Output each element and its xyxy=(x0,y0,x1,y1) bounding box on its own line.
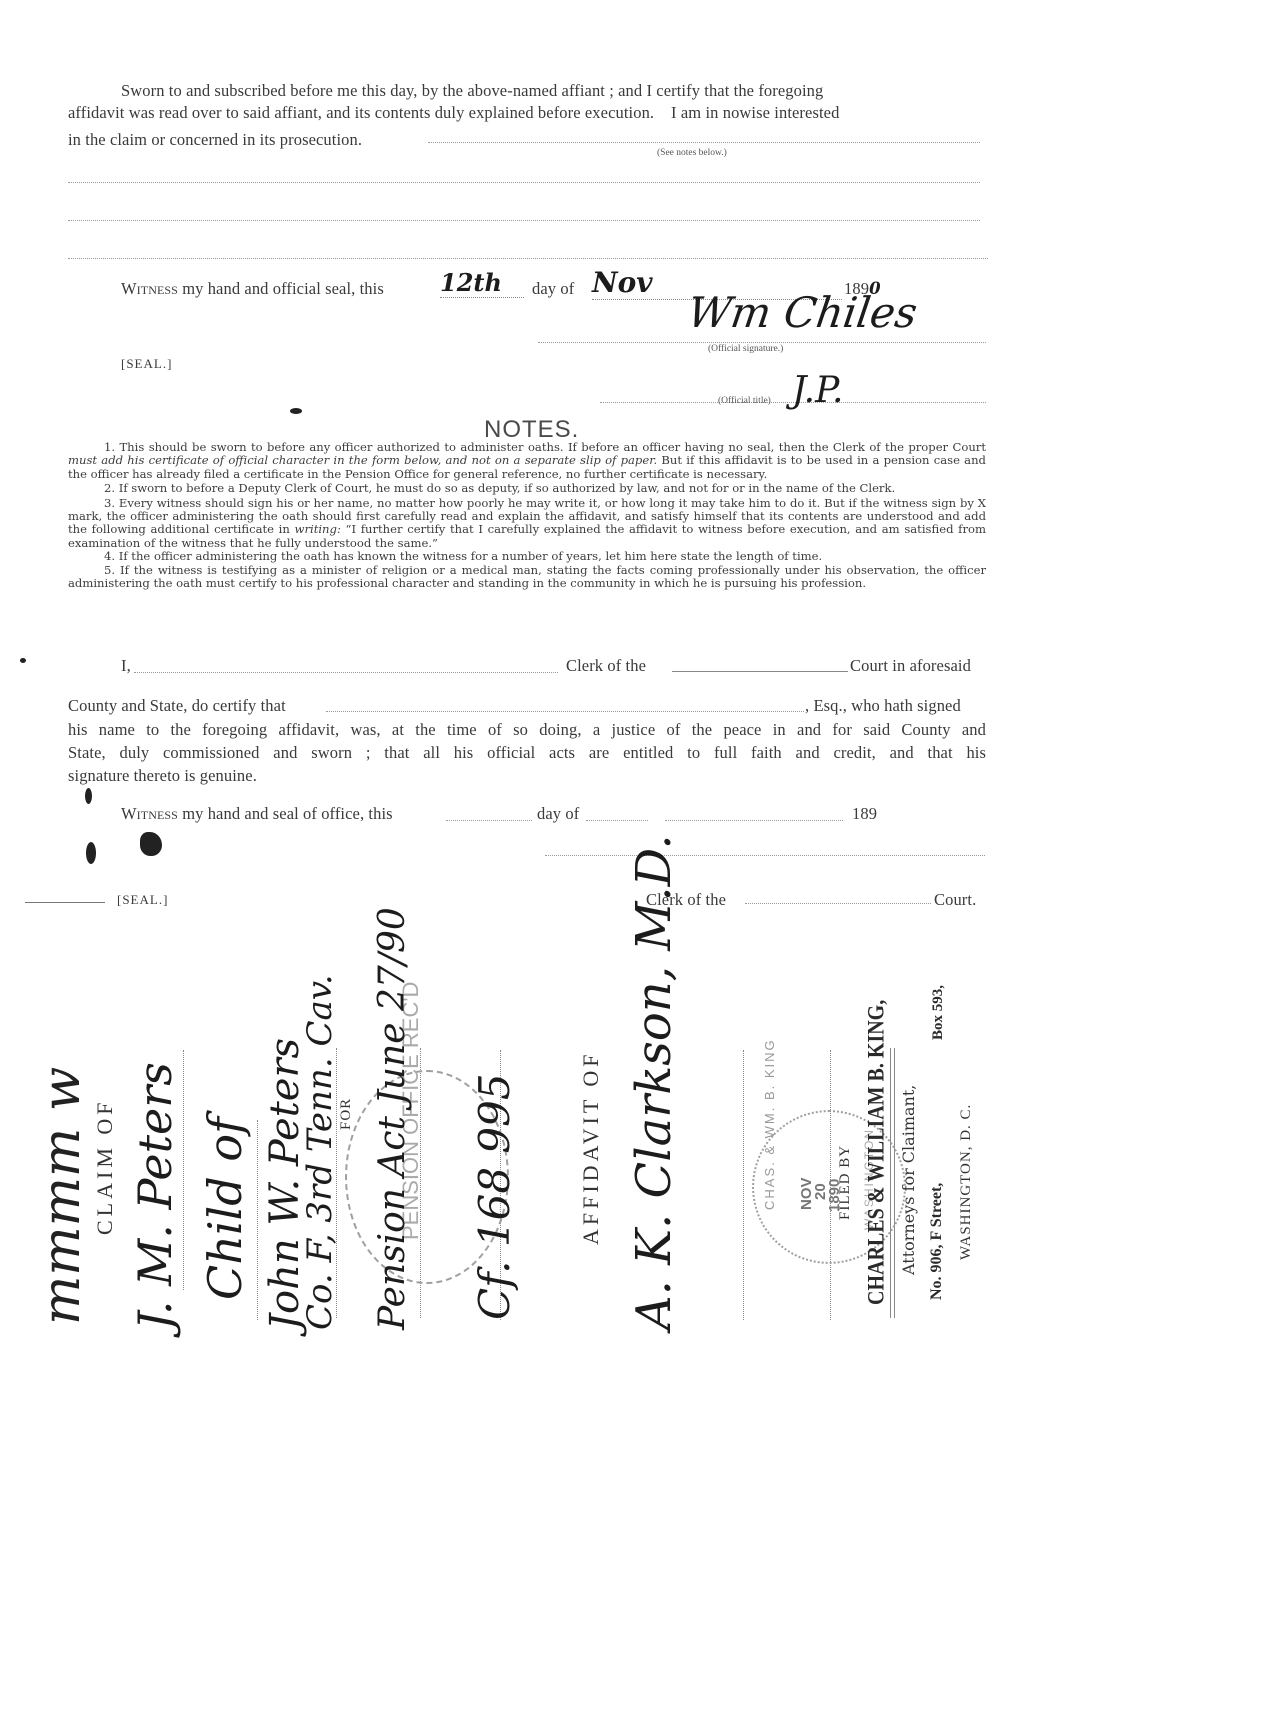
firm-box: Box 593, xyxy=(930,985,947,1040)
ink-blot xyxy=(85,788,92,804)
justice-name-field[interactable] xyxy=(326,711,804,712)
note-text: If sworn to before a Deputy Clerk of Cou… xyxy=(119,481,895,495)
relation: Child of xyxy=(198,1117,252,1300)
ink-blot xyxy=(20,658,26,663)
court-name-field[interactable] xyxy=(672,671,848,672)
jurat-signature-line xyxy=(428,142,980,143)
witness-text: my hand and official seal, this xyxy=(182,279,384,298)
unit: Co. F, 3rd Tenn. Cav. xyxy=(300,974,340,1330)
ink-blot xyxy=(290,408,302,414)
esq-label: , Esq., who hath signed xyxy=(805,692,961,719)
clerk-court-field[interactable] xyxy=(745,903,931,904)
note-item: 4. If the officer administering the oath… xyxy=(68,550,986,563)
note-item: 3. Every witness should sign his or her … xyxy=(68,497,986,551)
firm-address: No. 906, F Street, xyxy=(928,1183,946,1300)
notes-list: 1. This should be sworn to before any of… xyxy=(68,441,986,590)
note-item: 5. If the witness is testifying as a min… xyxy=(68,564,986,591)
witness-text: my hand and seal of office, this xyxy=(182,804,392,823)
clerk-of-the-label: Clerk of the xyxy=(566,652,646,679)
seal-label: [SEAL.] xyxy=(121,350,172,377)
day-of-label: day of xyxy=(532,275,574,302)
blank-line-1 xyxy=(68,182,980,183)
witness-official-line: Witness my hand and official seal, this xyxy=(121,275,384,302)
docket-guide xyxy=(743,1050,744,1320)
affiant-name: A. K. Clarkson, M.D. xyxy=(626,834,682,1330)
for-label: FOR xyxy=(338,1098,355,1130)
official-title-value: J.P. xyxy=(792,370,843,411)
note-text-italic: writing: xyxy=(295,522,341,536)
note-number: 5. xyxy=(104,563,115,577)
see-notes-caption: (See notes below.) xyxy=(657,148,727,158)
claimant-name: J. M. Peters xyxy=(128,1062,182,1330)
claim-number: Cf. 168 995 xyxy=(470,1073,519,1320)
claim-type: Pension Act June 27/90 xyxy=(372,907,413,1330)
note-text: If the officer administering the oath ha… xyxy=(119,549,822,563)
filed-by-label: FILED BY xyxy=(837,1145,854,1220)
clerk-month-field-2[interactable] xyxy=(665,820,843,821)
jurat-line-2: affidavit was read over to said affiant,… xyxy=(68,99,988,126)
ink-blot xyxy=(140,832,162,856)
margin-scrawl: mmmm w xyxy=(32,1067,92,1325)
attorneys-label: Attorneys for Claimant, xyxy=(899,1085,918,1275)
note-item: 2. If sworn to before a Deputy Clerk of … xyxy=(68,482,986,495)
witness-word: Witness xyxy=(121,279,178,298)
clerk-line-5: signature thereto is genuine. xyxy=(68,762,257,789)
note-number: 1. xyxy=(104,440,115,454)
official-signature-caption: (Official signature.) xyxy=(708,344,783,354)
note-number: 2. xyxy=(104,481,115,495)
jurat-line-3: in the claim or concerned in its prosecu… xyxy=(68,126,362,153)
affidavit-of-label: AFFIDAVIT OF xyxy=(578,1050,604,1245)
clerk-name-field[interactable] xyxy=(134,672,558,673)
official-signature-line xyxy=(538,342,986,343)
clerk-i-label: I, xyxy=(121,652,131,679)
clerk-day-of-label: day of xyxy=(537,800,579,827)
firm-city: WASHINGTON, D. C. xyxy=(958,1104,975,1260)
clerk-witness-line: Witness my hand and seal of office, this xyxy=(121,800,393,827)
note-text: This should be sworn to before any offic… xyxy=(119,440,986,454)
court-label: Court. xyxy=(934,886,976,913)
court-in-aforesaid-label: Court in aforesaid xyxy=(850,652,971,679)
ink-blot xyxy=(86,842,96,864)
firm-name: CHARLES & WILLIAM B. KING, xyxy=(864,1000,890,1305)
note-text: If the witness is testifying as a minist… xyxy=(68,563,986,590)
clerk-seal-label: [SEAL.] xyxy=(117,886,168,913)
note-number: 3. xyxy=(104,496,115,510)
note-number: 4. xyxy=(104,549,115,563)
witness-word: Witness xyxy=(121,804,178,823)
note-text-italic: must add his certificate of official cha… xyxy=(68,453,657,467)
clerk-month-field[interactable] xyxy=(586,820,648,821)
blank-line-2 xyxy=(68,220,980,221)
official-title-caption: (Official title) xyxy=(718,396,771,406)
docket-guide xyxy=(257,1120,258,1320)
seal-rule xyxy=(25,902,105,903)
docket-guide xyxy=(183,1050,184,1290)
clerk-day-field[interactable] xyxy=(446,820,532,821)
received-stamp-org: CHAS. & WM. B. KING xyxy=(762,1038,777,1210)
official-signature: Wm Chiles xyxy=(685,288,921,337)
county-state-label: County and State, do certify that xyxy=(68,692,286,719)
clerk-signature-line xyxy=(545,855,985,856)
day-field[interactable]: 12th xyxy=(440,268,524,298)
note-item: 1. This should be sworn to before any of… xyxy=(68,441,986,481)
blank-line-3 xyxy=(68,258,988,259)
claim-of-label: CLAIM OF xyxy=(92,1098,118,1235)
clerk-year-label: 189 xyxy=(852,800,877,827)
